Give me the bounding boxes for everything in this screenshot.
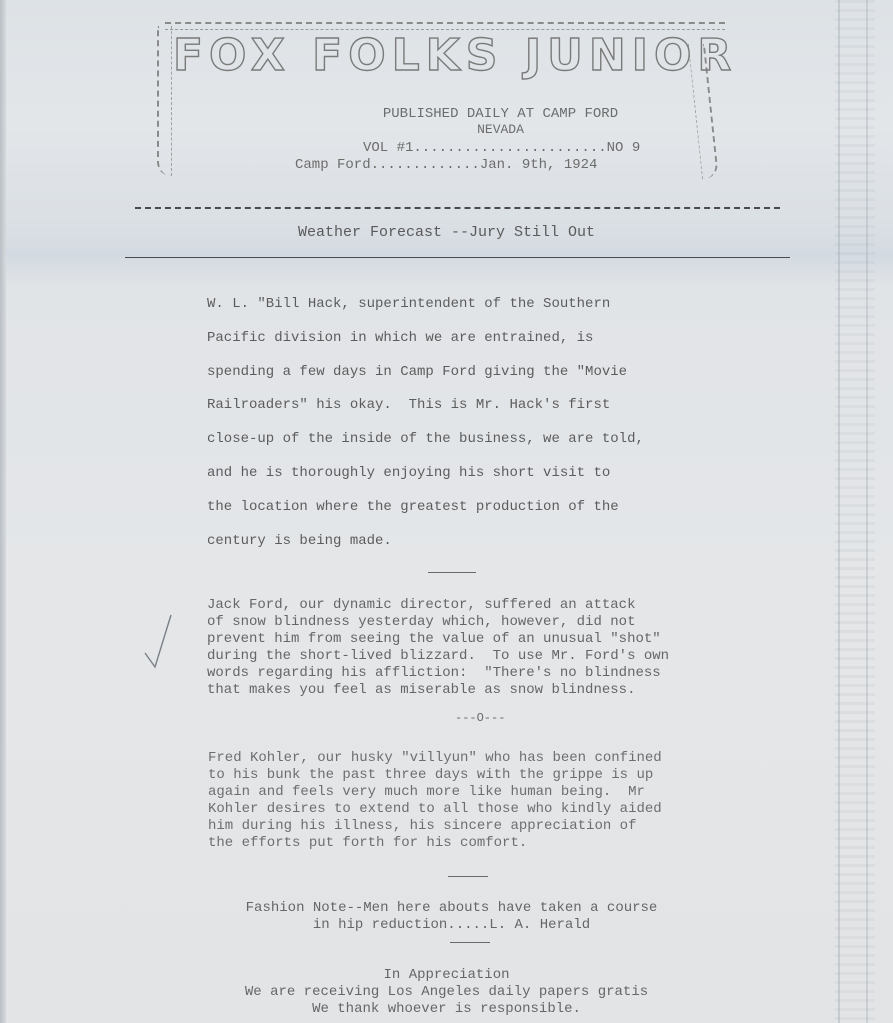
article-line: prevent him from seeing the value of an …: [207, 631, 669, 648]
divider-rule: [135, 207, 780, 209]
article-line: during the short-lived blizzard. To use …: [207, 648, 669, 665]
article-line: again and feels very much more like huma…: [208, 784, 662, 801]
section-separator-o: ---O---: [455, 711, 505, 725]
weather-headline: Weather Forecast --Jury Still Out: [0, 224, 893, 241]
article-fashion-note: Fashion Note--Men here abouts have taken…: [0, 900, 893, 934]
divider-rule: [125, 257, 790, 258]
article-line: and he is thoroughly enjoying his short …: [207, 457, 727, 491]
article-line: close-up of the inside of the business, …: [207, 423, 727, 457]
article-line: the location where the greatest producti…: [207, 491, 727, 525]
article-line: of snow blindness yesterday which, howev…: [207, 614, 669, 631]
masthead: FOX FOLKS JUNIOR PUBLISHED DAILY AT CAMP…: [135, 16, 750, 186]
page-edge-shadow: [0, 0, 6, 1023]
article-line: spending a few days in Camp Ford giving …: [207, 356, 727, 390]
article-appreciation: In Appreciation We are receiving Los Ang…: [0, 967, 893, 1018]
appreciation-heading: In Appreciation: [0, 967, 893, 984]
masthead-frame: [165, 22, 725, 24]
scan-artifact-line: [838, 0, 840, 1023]
publication-line: PUBLISHED DAILY AT CAMP FORD: [193, 106, 808, 122]
article-kohler: Fred Kohler, our husky "villyun" who has…: [208, 750, 662, 852]
article-line: Railroaders" his okay. This is Mr. Hack'…: [207, 389, 727, 423]
article-line: Jack Ford, our dynamic director, suffere…: [207, 597, 669, 614]
article-line: that makes you feel as miserable as snow…: [207, 682, 669, 699]
section-separator: [448, 876, 488, 877]
article-hack: W. L. "Bill Hack, superintendent of the …: [207, 288, 727, 558]
issue-date: Camp Ford.............Jan. 9th, 1924: [205, 157, 820, 173]
article-line: Kohler desires to extend to all those wh…: [208, 801, 662, 818]
article-line: Fred Kohler, our husky "villyun" who has…: [208, 750, 662, 767]
section-separator: [450, 942, 490, 943]
newsletter-page: FOX FOLKS JUNIOR PUBLISHED DAILY AT CAMP…: [0, 0, 893, 1023]
article-line: him during his illness, his sincere appr…: [208, 818, 662, 835]
masthead-frame-left: [157, 26, 172, 176]
handwritten-checkmark-icon: [143, 613, 173, 669]
article-ford: Jack Ford, our dynamic director, suffere…: [207, 597, 669, 699]
scan-artifact-line: [866, 0, 868, 1023]
article-line: We thank whoever is responsible.: [0, 1001, 893, 1018]
article-line: Pacific division in which we are entrain…: [207, 322, 727, 356]
article-line: the efforts put forth for his comfort.: [208, 835, 662, 852]
article-line: to his bunk the past three days with the…: [208, 767, 662, 784]
article-line: We are receiving Los Angeles daily paper…: [0, 984, 893, 1001]
article-line: century is being made.: [207, 525, 727, 559]
publication-state: NEVADA: [193, 122, 808, 137]
volume-number: VOL #1.......................NO 9: [205, 140, 820, 156]
newsletter-title: FOX FOLKS JUNIOR: [173, 30, 713, 81]
article-line: Fashion Note--Men here abouts have taken…: [10, 900, 893, 917]
article-line: words regarding his affliction: "There's…: [207, 665, 669, 682]
section-separator: [428, 572, 476, 573]
article-line: in hip reduction.....L. A. Herald: [10, 917, 893, 934]
article-line: W. L. "Bill Hack, superintendent of the …: [207, 288, 727, 322]
scan-artifact: [835, 0, 875, 1023]
